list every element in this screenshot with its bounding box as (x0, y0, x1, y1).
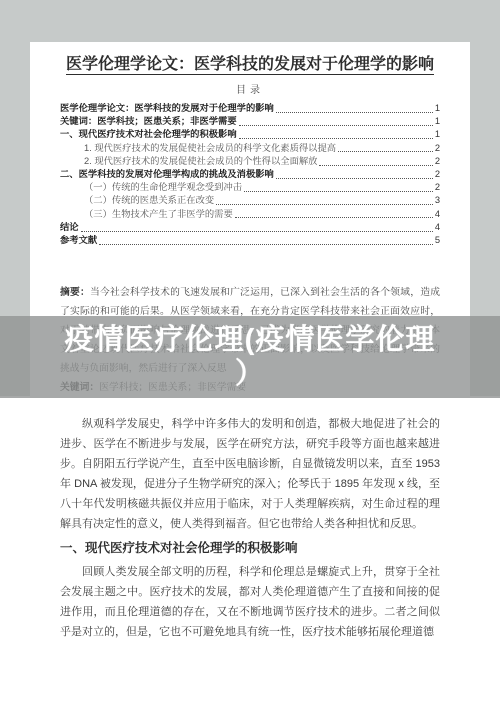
toc-entry: 参考文献 5 (60, 234, 440, 247)
toc-entry: 关键词：医学科技；医患关系；非医学需要 1 (60, 115, 440, 128)
keywords-text: 医学科技；医患关系；非医学需要 (99, 382, 246, 393)
toc-page-number: 4 (435, 208, 440, 221)
keywords-label: 关键词： (60, 382, 99, 393)
dot-leader (99, 244, 433, 245)
toc-page-number: 1 (435, 102, 440, 115)
dot-leader (319, 165, 432, 166)
dot-leader (244, 191, 433, 192)
toc-page-number: 2 (435, 168, 440, 181)
toc-entry: （一）传统的生命伦理学观念受到冲击 2 (60, 181, 440, 194)
toc-entry: 1. 现代医疗技术的发展促使社会成员的科学文化素质得以提高 2 (60, 142, 440, 155)
keywords-line: 关键词：医学科技；医患关系；非医学需要 (60, 378, 440, 397)
toc-entry: 二、医学科技的发展对伦理学构成的挑战及消极影响 2 (60, 168, 440, 181)
table-of-contents: 医学伦理学论文：医学科技的发展对于伦理学的影响 1 关键词：医学科技；医患关系；… (60, 102, 440, 247)
toc-heading: 目录 (60, 85, 440, 97)
toc-page-number: 4 (435, 221, 440, 234)
toc-page-number: 2 (435, 181, 440, 194)
toc-page-number: 5 (435, 234, 440, 247)
toc-page-number: 1 (435, 128, 440, 141)
document-content: 医学伦理学论文：医学科技的发展对于伦理学的影响 目录 医学伦理学论文：医学科技的… (60, 54, 440, 642)
body-paragraph-2: 回顾人类发展全部文明的历程，科学和伦理总是螺旋式上升，贯穿于全社会发展主题之中。… (60, 562, 440, 642)
toc-entry: 结论 4 (60, 221, 440, 234)
body-paragraph-1: 纵观科学发展史，科学中许多伟大的发明和创造，都极大地促进了社会的进步、医学在不断… (60, 414, 440, 534)
section-heading-1: 一、现代医疗技术对社会伦理学的积极影响 (60, 540, 440, 557)
abstract-label: 摘要： (60, 287, 90, 298)
toc-entry: 医学伦理学论文：医学科技的发展对于伦理学的影响 1 (60, 102, 440, 115)
dot-leader (239, 125, 433, 126)
dot-leader (235, 217, 433, 218)
dot-leader (216, 204, 433, 205)
toc-entry: （二）传统的医患关系正在改变 3 (60, 194, 440, 207)
dot-leader (276, 112, 433, 113)
dot-leader (81, 231, 433, 232)
abstract-paragraph: 摘要：当今社会科学技术的飞速发展和广泛运用，已深入到社会生活的各个领域，造成了实… (60, 283, 440, 378)
toc-entry: 一、现代医疗技术对社会伦理学的积极影响 1 (60, 128, 440, 141)
document-title-text: 医学伦理学论文：医学科技的发展对于伦理学的影响 (66, 56, 434, 75)
article-page: 医学伦理学论文：医学科技的发展对于伦理学的影响 目录 医学伦理学论文：医学科技的… (0, 0, 500, 706)
toc-entry: （三）生物技术产生了非医学的需要 4 (60, 208, 440, 221)
toc-page-number: 2 (435, 155, 440, 168)
toc-page-number: 1 (435, 115, 440, 128)
toc-page-number: 3 (435, 194, 440, 207)
dot-leader (239, 138, 433, 139)
abstract-text: 当今社会科学技术的飞速发展和广泛运用，已深入到社会生活的各个领域，造成了实际的和… (60, 287, 440, 374)
toc-page-number: 2 (435, 142, 440, 155)
toc-entry: 2. 现代医疗技术的发展促使社会成员的个性得以全面解放 2 (60, 155, 440, 168)
dot-leader (338, 151, 433, 152)
document-title: 医学伦理学论文：医学科技的发展对于伦理学的影响 (60, 54, 440, 76)
dot-leader (276, 178, 433, 179)
